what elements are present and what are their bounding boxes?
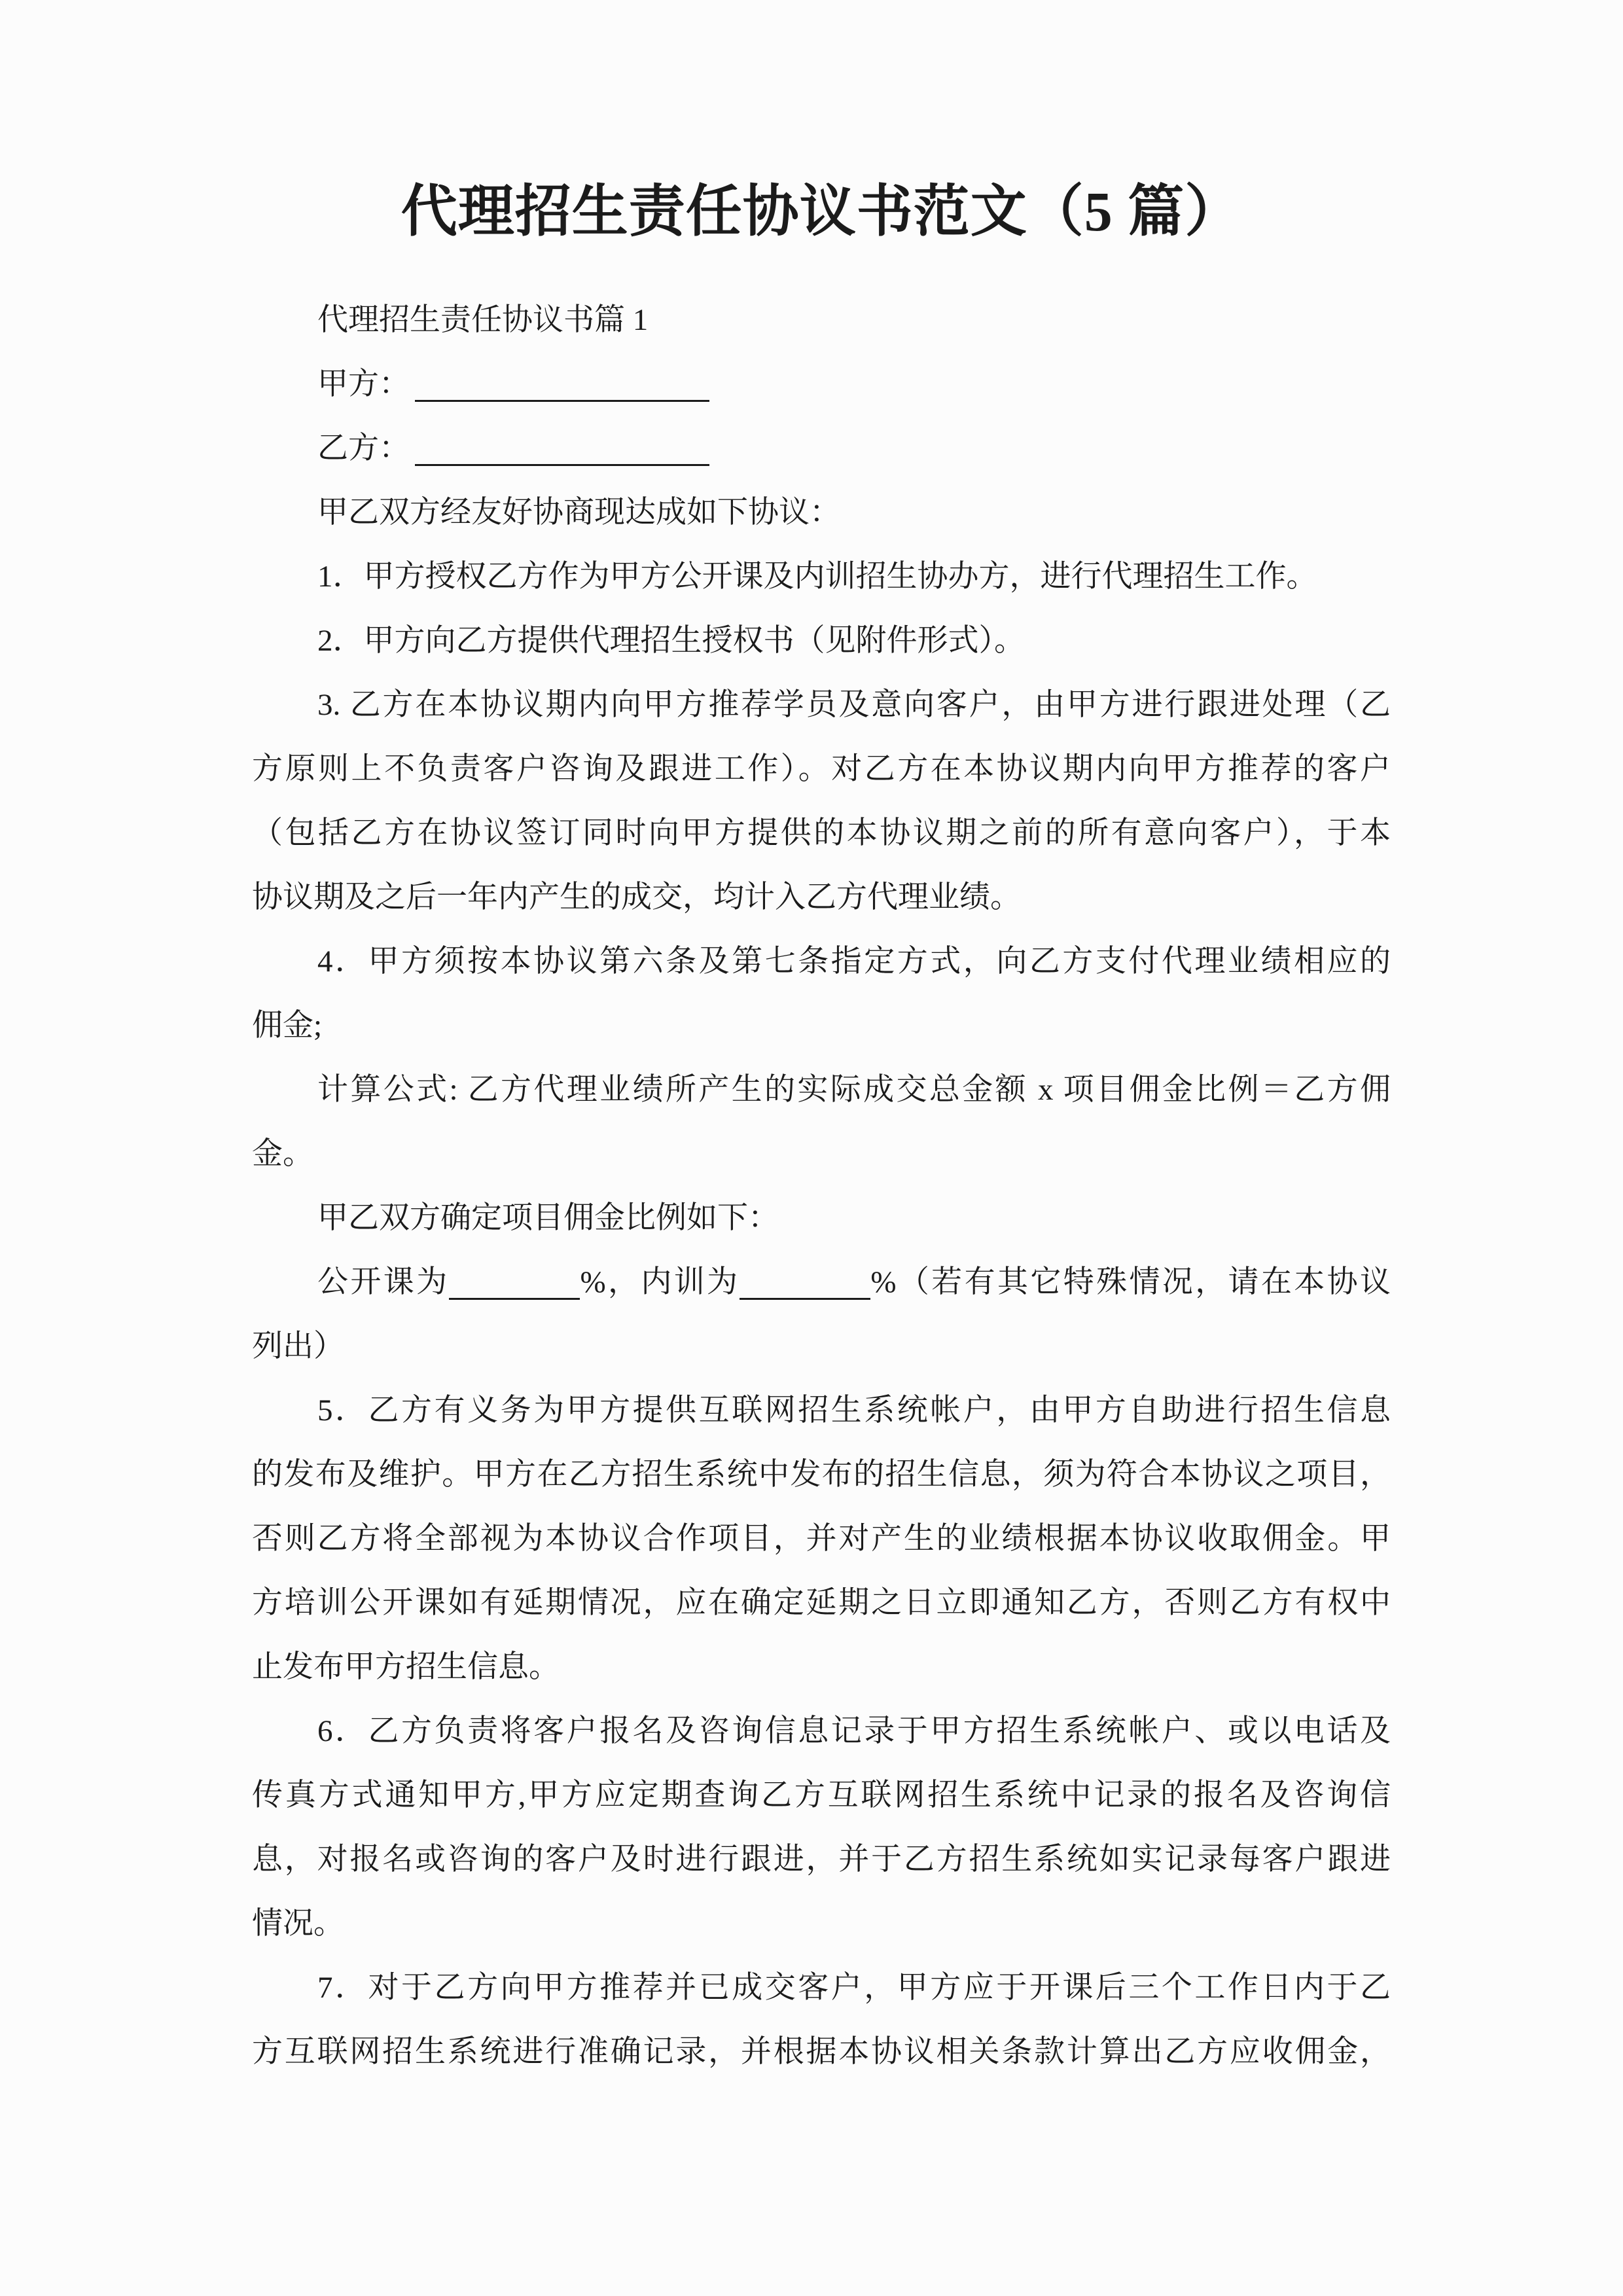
clause-2: 2．甲方向乙方提供代理招生授权书（见附件形式）。	[252, 609, 1391, 673]
formula-line-1: 计算公式: 乙方代理业绩所产生的实际成交总金额 x 项目佣金比例＝乙方佣	[252, 1058, 1391, 1122]
open-course-percent-blank	[449, 1272, 580, 1300]
clause-6-line-1: 6．乙方负责将客户报名及咨询信息记录于甲方招生系统帐户、或以电话及	[252, 1699, 1391, 1763]
internal-training-percent-blank	[740, 1272, 870, 1300]
clause-5-line-1: 5．乙方有义务为甲方提供互联网招生系统帐户，由甲方自助进行招生信息	[252, 1378, 1391, 1443]
clause-3-line-1: 3. 乙方在本协议期内向甲方推荐学员及意向客户，由甲方进行跟进处理（乙	[252, 673, 1391, 737]
clause-5-line-4: 方培训公开课如有延期情况，应在确定延期之日立即通知乙方，否则乙方有权中	[252, 1571, 1391, 1635]
section-heading: 代理招生责任协议书篇 1	[252, 288, 1391, 352]
party-a-line: 甲方：	[252, 352, 1391, 416]
commission-ratio-line-end: 列出）	[252, 1314, 1391, 1378]
formula-line-2: 金。	[252, 1122, 1391, 1186]
clause-1: 1．甲方授权乙方作为甲方公开课及内训招生协办方，进行代理招生工作。	[252, 545, 1391, 609]
party-a-label: 甲方：	[317, 367, 410, 401]
party-b-label: 乙方：	[317, 431, 410, 465]
document-page: 代理招生责任协议书范文（5 篇） 代理招生责任协议书篇 1 甲方： 乙方： 甲乙…	[0, 0, 1623, 2296]
clause-5-line-5: 止发布甲方招生信息。	[252, 1635, 1391, 1699]
clause-6-line-4: 情况。	[252, 1892, 1391, 1956]
document-content: 代理招生责任协议书范文（5 篇） 代理招生责任协议书篇 1 甲方： 乙方： 甲乙…	[252, 175, 1391, 2084]
clause-6-line-2: 传真方式通知甲方,甲方应定期查询乙方互联网招生系统中记录的报名及咨询信	[252, 1763, 1391, 1827]
commission-ratio-heading: 甲乙双方确定项目佣金比例如下：	[252, 1186, 1391, 1250]
clause-4-line-2: 佣金;	[252, 994, 1391, 1058]
clause-5-line-2: 的发布及维护。甲方在乙方招生系统中发布的招生信息，须为符合本协议之项目，	[252, 1443, 1391, 1507]
clause-3-line-2: 方原则上不负责客户咨询及跟进工作）。对乙方在本协议期内向甲方推荐的客户	[252, 737, 1391, 801]
clause-5-line-3: 否则乙方将全部视为本协议合作项目，并对产生的业绩根据本协议收取佣金。甲	[252, 1507, 1391, 1571]
party-b-line: 乙方：	[252, 416, 1391, 480]
intro-line: 甲乙双方经友好协商现达成如下协议：	[252, 480, 1391, 545]
commission-ratio-note: %（若有其它特殊情况，请在本协议	[870, 1265, 1391, 1299]
party-a-blank-underline	[415, 374, 709, 402]
clause-6-line-3: 息，对报名或咨询的客户及时进行跟进，并于乙方招生系统如实记录每客户跟进	[252, 1827, 1391, 1892]
clause-3-line-3: （包括乙方在协议签订同时向甲方提供的本协议期之前的所有意向客户），于本	[252, 801, 1391, 865]
clause-3-line-4: 协议期及之后一年内产生的成交，均计入乙方代理业绩。	[252, 865, 1391, 929]
open-course-label: 公开课为	[317, 1265, 449, 1299]
clause-7-line-1: 7．对于乙方向甲方推荐并已成交客户，甲方应于开课后三个工作日内于乙	[252, 1956, 1391, 2020]
commission-ratio-line: 公开课为%，内训为%（若有其它特殊情况，请在本协议	[252, 1250, 1391, 1314]
party-b-blank-underline	[415, 438, 709, 466]
clause-4-line-1: 4．甲方须按本协议第六条及第七条指定方式，向乙方支付代理业绩相应的	[252, 929, 1391, 994]
internal-training-label: %，内训为	[580, 1265, 740, 1299]
document-title: 代理招生责任协议书范文（5 篇）	[252, 175, 1391, 247]
clause-7-line-2: 方互联网招生系统进行准确记录，并根据本协议相关条款计算出乙方应收佣金，	[252, 2020, 1391, 2084]
